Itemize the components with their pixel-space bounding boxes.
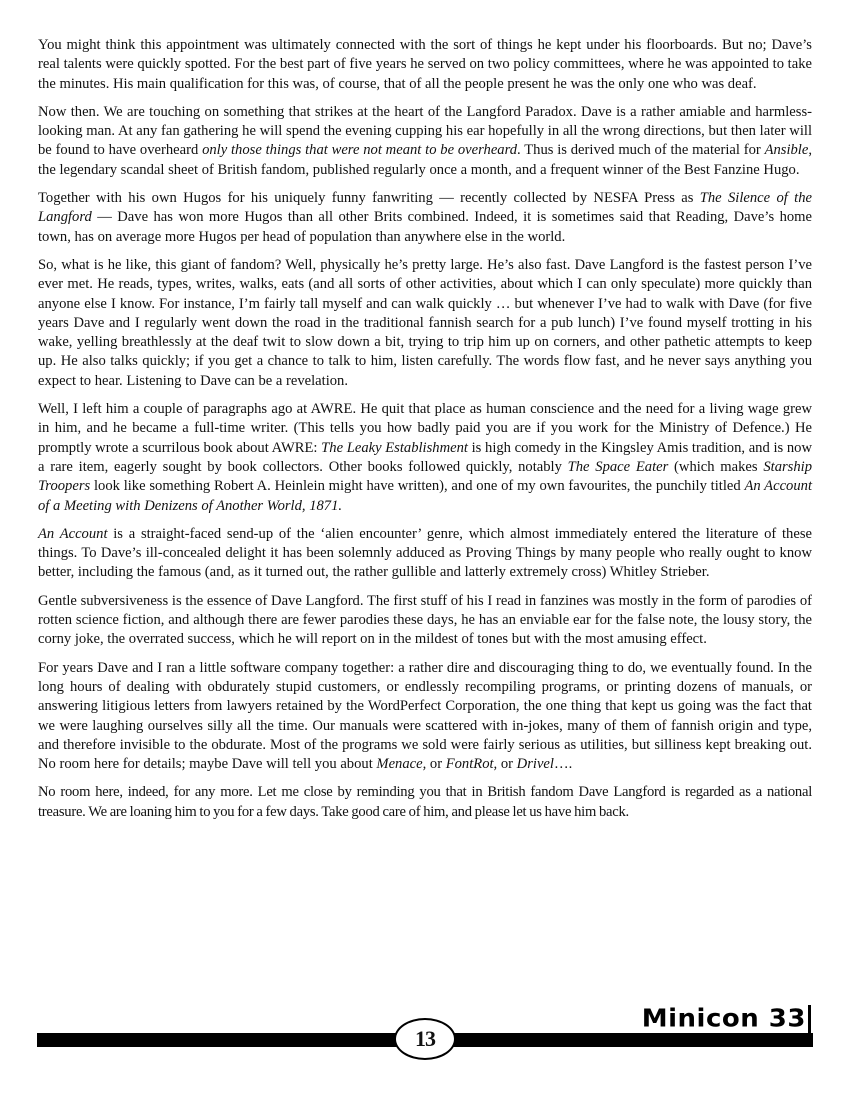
paragraph-subversiveness: Gentle subversiveness is the essence of … xyxy=(38,592,812,650)
paragraph-hugos: Together with his own Hugos for his uniq… xyxy=(38,189,812,247)
text-run: So, what is he like, this giant of fando… xyxy=(38,257,812,389)
italic-phrase: only those things that were not meant to… xyxy=(202,142,517,158)
title-leaky-establishment: The Leaky Establishment xyxy=(321,440,468,456)
paragraph-fast: So, what is he like, this giant of fando… xyxy=(38,256,812,391)
paragraph-langford-paradox: Now then. We are touching on something t… xyxy=(38,103,812,180)
title-menace: Menace, xyxy=(376,756,426,772)
title-fontrot: FontRot, xyxy=(446,756,497,772)
page-number: 13 xyxy=(415,1026,435,1052)
text-run: …. xyxy=(554,756,572,772)
text-run: . Thus is derived much of the material f… xyxy=(517,142,765,158)
paragraph-awre: Well, I left him a couple of paragraphs … xyxy=(38,400,812,516)
title-an-account-short: An Account xyxy=(38,526,108,542)
paragraph-software-company: For years Dave and I ran a little softwa… xyxy=(38,659,812,775)
publication-masthead: Minicon 33 xyxy=(642,1005,806,1034)
text-run: Together with his own Hugos for his uniq… xyxy=(38,190,700,206)
text-run: You might think this appointment was ult… xyxy=(38,37,812,92)
text-run: — Dave has won more Hugos than all other… xyxy=(38,209,812,244)
paragraph-an-account: An Account is a straight-faced send-up o… xyxy=(38,525,812,583)
text-run: is a straight-faced send-up of the ‘alie… xyxy=(38,526,812,581)
page-number-oval: 13 xyxy=(394,1018,456,1060)
title-space-eater: The Space Eater xyxy=(568,459,669,475)
text-run: Gentle subversiveness is the essence of … xyxy=(38,593,812,648)
text-run: No room here, indeed, for any more. Let … xyxy=(38,784,812,819)
footer-rule-tick xyxy=(808,1005,811,1035)
text-run: (which makes xyxy=(668,459,763,475)
article-body: You might think this appointment was ult… xyxy=(38,36,812,831)
paragraph-closing: No room here, indeed, for any more. Let … xyxy=(38,783,812,822)
paragraph-committees: You might think this appointment was ult… xyxy=(38,36,812,94)
text-run: or xyxy=(497,756,516,772)
title-ansible: Ansible xyxy=(765,142,809,158)
text-run: or xyxy=(426,756,445,772)
title-drivel: Drivel xyxy=(517,756,554,772)
text-run: look like something Robert A. Heinlein m… xyxy=(90,478,744,494)
